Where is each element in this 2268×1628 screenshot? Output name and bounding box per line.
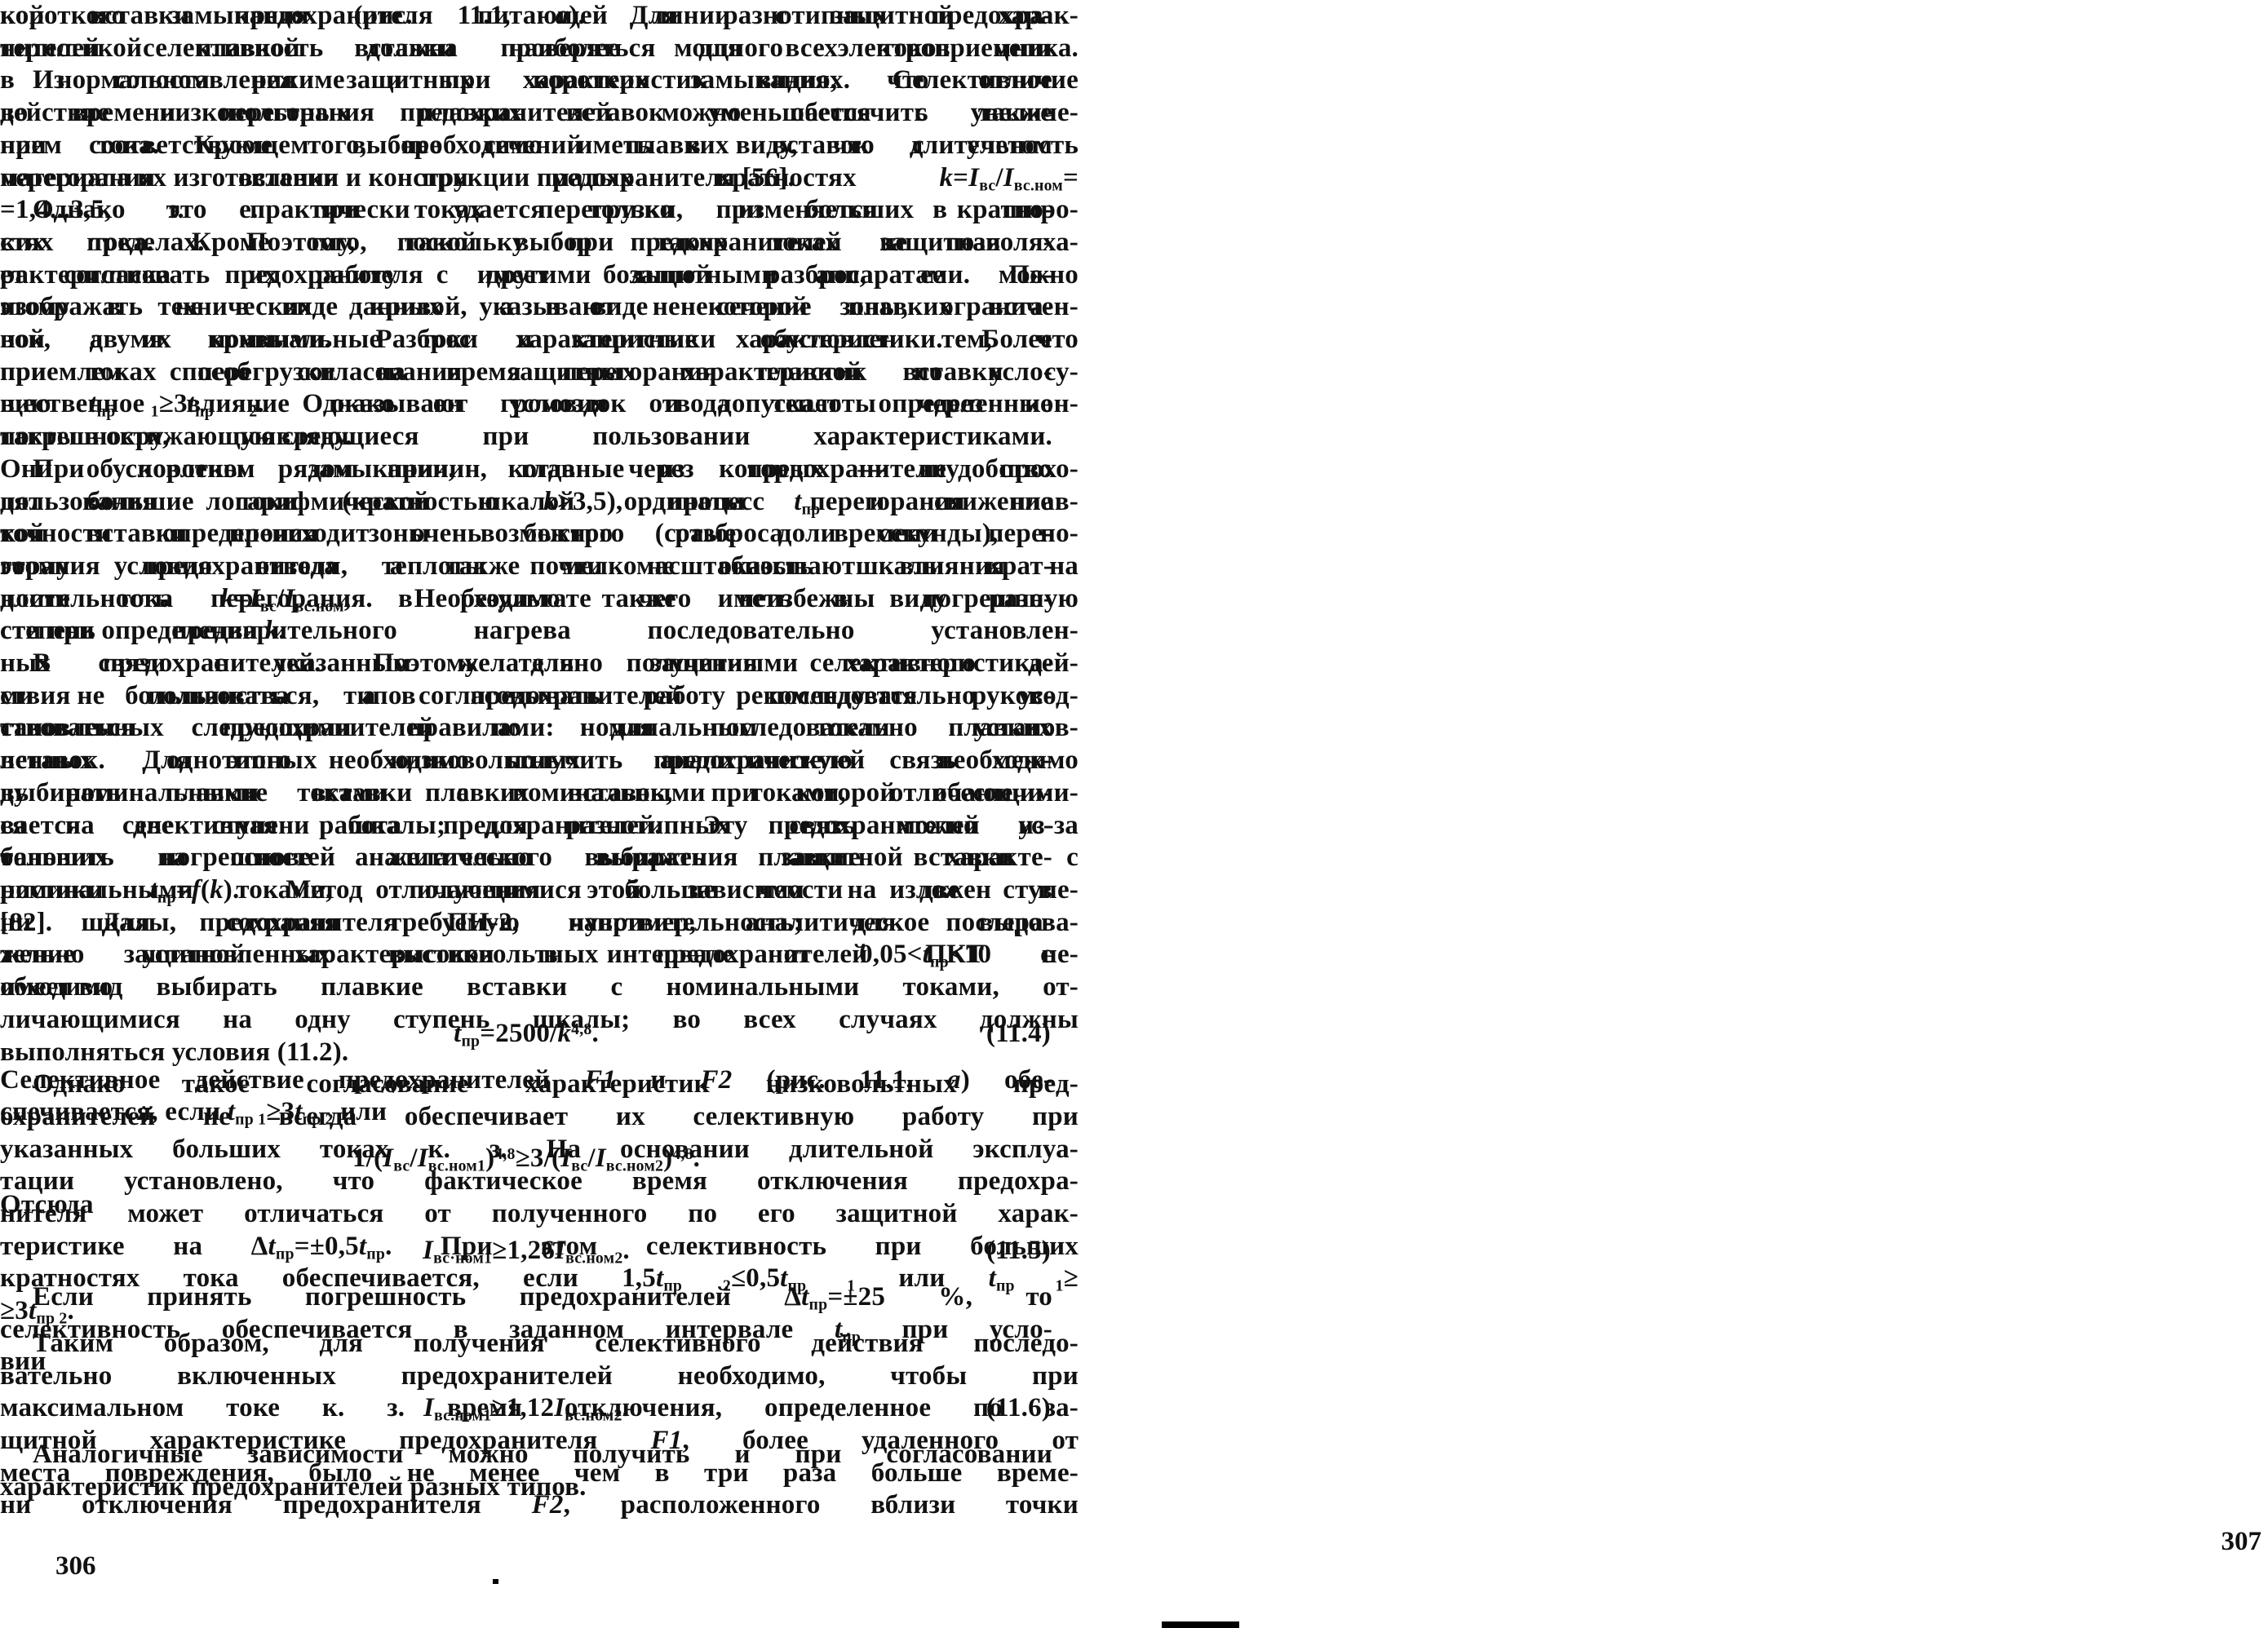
text-line: Они обусловлены рядом причин, главные из…	[0, 453, 1052, 486]
text-line: сти при определении k.	[0, 615, 1052, 648]
text-line: ет согласовать их работу с другими защит…	[0, 259, 1052, 292]
text-line: Отсюда	[0, 1189, 1052, 1222]
text-line: вставок. Для этого необходимо получить а…	[0, 745, 1052, 777]
text-line: вию tпр 1≥3tпр 2. Однако он громоздок и …	[0, 388, 1052, 421]
text-line: ми не пользоваться, а согласовывать рабо…	[0, 680, 1052, 713]
text-line: Если принять погрешность предохранителей…	[0, 1281, 1052, 1314]
text-line: при соответствующем выборе сечений плавк…	[0, 130, 1052, 162]
formula-expression: 1/(Iвс/Iвс.ном1)4,8≥3/(Iвс/Iвс.ном2)4,8.	[352, 1144, 700, 1173]
right-page: короткого замыкания (рис. 11.1, а). Для …	[0, 0, 1052, 1503]
book-scan-spread: кой вставки предохранителя питающей лини…	[0, 0, 2268, 1628]
formula-expression: Iвс·ном1≥1,26Iвс.ном2.	[423, 1236, 630, 1265]
text-line: вается селективная работа предохранителе…	[0, 810, 1052, 843]
formula-line: Iвс·ном1≥1,26Iвс.ном2.(11.5)	[0, 1235, 1052, 1267]
right-page-text: короткого замыкания (рис. 11.1, а). Для …	[0, 0, 1052, 1503]
equation-number: (11.5)	[986, 1235, 1051, 1267]
text-line: Селективное действие предохранителей F1 …	[0, 1064, 1052, 1097]
formula-expression: tпр=2500/k4,8.	[454, 1019, 599, 1048]
text-line: Однако это практически удается только пр…	[0, 194, 1052, 227]
text-line: погрешности, появляющиеся при пользовани…	[0, 421, 1052, 453]
text-line: приемлем способ согласования защитных ха…	[0, 356, 1052, 389]
page-number-left: 306	[55, 1550, 96, 1582]
text-line: спечивается, если tпр 1≥3tпр 2 или	[0, 1096, 1052, 1129]
text-line: короткого замыкания (рис. 11.1, а). Для …	[0, 0, 1052, 33]
text-line: действие низковольтных предохранителей м…	[0, 97, 1052, 130]
text-line: вии	[0, 1346, 1052, 1378]
text-line: селективность обеспечивается в заданном …	[0, 1314, 1052, 1347]
formula-expression: Iвс.ном1≥1,12Iвс.ном2.	[423, 1393, 629, 1422]
formula-line: Iвс.ном1≥1,12Iвс.ном2.(11.6)	[0, 1392, 1052, 1425]
text-line: ду номинальными токами плавких вставок, …	[0, 777, 1052, 810]
scan-artifact-bar	[1162, 1621, 1239, 1628]
text-line: этому в технических данных указывают не …	[0, 291, 1052, 324]
equation-number: (11.4)	[986, 1018, 1051, 1051]
scan-artifact-speck	[493, 1579, 498, 1584]
text-line: ности тока k=Iвс/Iвс.ном, в результате ч…	[0, 583, 1052, 616]
text-line: пользования логарифмической шкалой ордин…	[0, 486, 1052, 519]
equation-number: (11.6)	[986, 1392, 1051, 1425]
text-line: [82]. Для предохранителя ПН-2, например,…	[0, 907, 1052, 940]
text-line: стях тока. Кроме того, такой выбор предо…	[0, 227, 1052, 259]
text-line: имеет вид	[0, 971, 1052, 1004]
text-line: горания предохранителя, а также мелкомас…	[0, 551, 1052, 583]
text-line: жение защитной характеристики в интервал…	[0, 939, 1052, 971]
formula-line: tпр=2500/k4,8.(11.4)	[0, 1018, 1052, 1051]
formula-line: 1/(Iвс/Iвс.ном1)4,8≥3/(Iвс/Iвс.ном2)4,8.	[0, 1143, 1052, 1175]
text-line: вок, а их номинальные токи и защитные ха…	[0, 324, 1052, 356]
page-number-right: 307	[1209, 1525, 2261, 1558]
text-line: тановить на основе аналитического выраже…	[0, 842, 1052, 874]
text-line: точности определения зоны возможного раз…	[0, 518, 1052, 551]
text-line: в нормальном режиме и при коротких замык…	[0, 64, 1052, 97]
text-line: Аналогичные зависимости можно получить и…	[0, 1439, 1052, 1471]
text-line: материала их изготовления и конструкции …	[0, 162, 1052, 195]
text-line: ристики tпр=f(k). Метод получения этой з…	[0, 874, 1052, 907]
text-line: нителей селективность должна проверяться…	[0, 33, 1052, 65]
text-line: характеристик предохранителей разных тип…	[0, 1471, 1052, 1504]
text-line: тановленных предохранителей по номинальн…	[0, 712, 1052, 745]
text-line: В связи с указанным желательно защитными…	[0, 648, 1052, 680]
